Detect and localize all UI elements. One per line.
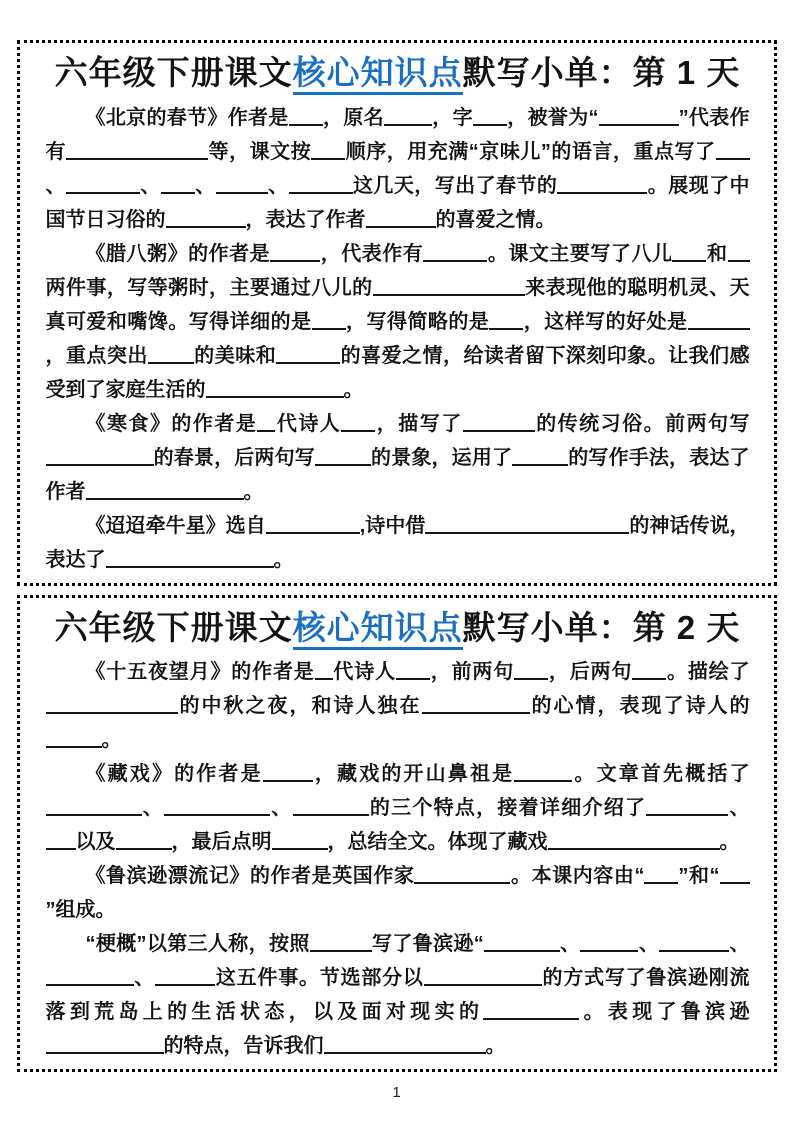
blank-field bbox=[720, 880, 750, 884]
title-highlight: 核心知识点 bbox=[293, 609, 463, 650]
title-prefix: 六年级下册课文 bbox=[55, 54, 293, 91]
blank-field bbox=[489, 326, 523, 330]
text-run: 等，课文按 bbox=[208, 141, 311, 163]
blank-field bbox=[341, 428, 375, 432]
text-run: 。文章首先概括了 bbox=[572, 763, 749, 785]
blank-field bbox=[514, 778, 572, 782]
title-suffix: 默写小单：第 1 天 bbox=[463, 54, 741, 91]
text-run: 。表现了鲁滨逊 bbox=[579, 1001, 749, 1023]
blank-field bbox=[266, 530, 360, 534]
text-run: 的喜爱之情。 bbox=[436, 209, 556, 231]
text-run: 写了鲁滨逊“ bbox=[372, 933, 484, 955]
blank-field bbox=[289, 122, 323, 126]
worksheet-box-day2: 六年级下册课文核心知识点默写小单：第 2 天 《十五夜望月》的作者是代诗人，前两… bbox=[17, 595, 777, 1073]
text-run: ，后两句 bbox=[548, 661, 632, 683]
text-run: 。 bbox=[274, 549, 294, 571]
text-run: 的传统习俗。前两句写 bbox=[535, 413, 750, 435]
blank-field bbox=[659, 948, 729, 952]
text-run: 、 bbox=[560, 933, 581, 955]
title-suffix: 默写小单：第 2 天 bbox=[463, 609, 741, 646]
text-run: 、 bbox=[268, 175, 289, 197]
blank-field bbox=[161, 190, 195, 194]
text-run: 《腊八粥》的作者是 bbox=[86, 243, 271, 265]
blank-field bbox=[46, 462, 154, 466]
blank-field bbox=[484, 948, 560, 952]
text-run: ，这样写的好处是 bbox=[523, 311, 687, 333]
blank-field bbox=[66, 190, 140, 194]
text-run: 的美味和 bbox=[194, 345, 276, 367]
text-run: ，最后点明 bbox=[172, 831, 272, 853]
blank-field bbox=[514, 676, 548, 680]
worksheet-box-day1: 六年级下册课文核心知识点默写小单：第 1 天 《北京的春节》作者是，原名，字，被… bbox=[17, 40, 777, 586]
blank-field bbox=[425, 530, 629, 534]
text-run: ，总结全文。体现了藏戏 bbox=[328, 831, 548, 853]
text-run: ,诗中借 bbox=[360, 515, 426, 537]
text-run: ”和“ bbox=[678, 865, 719, 887]
paragraph: 《十五夜望月》的作者是代诗人，前两句，后两句。描绘了的中秋之夜，和诗人独在的心情… bbox=[46, 655, 750, 757]
blank-field bbox=[473, 122, 507, 126]
text-run: ，原名 bbox=[323, 107, 384, 129]
blank-field bbox=[315, 462, 371, 466]
text-run: 的心情，表现了诗人的 bbox=[530, 695, 750, 717]
text-run: 以及 bbox=[76, 831, 116, 853]
text-run: 、 bbox=[46, 175, 66, 197]
blank-field bbox=[257, 428, 275, 432]
text-run: ，表达了作者 bbox=[246, 209, 366, 231]
text-run: 、 bbox=[638, 933, 659, 955]
text-run: 两件事，写等粥时，主要通过八儿的 bbox=[46, 277, 373, 299]
blank-field bbox=[46, 710, 178, 714]
blank-field bbox=[46, 744, 102, 748]
blank-field bbox=[646, 812, 728, 816]
blank-field bbox=[414, 880, 510, 884]
blank-field bbox=[206, 394, 344, 398]
blank-field bbox=[632, 676, 666, 680]
text-run: ，代表作有 bbox=[320, 243, 423, 265]
blank-field bbox=[548, 846, 720, 850]
paragraph: 《藏戏》的作者是，藏戏的开山鼻祖是。文章首先概括了、、的三个特点，接着详细介绍了… bbox=[46, 757, 750, 859]
text-run: 顺序，用充满“京味儿”的语言，重点写了 bbox=[345, 141, 715, 163]
blank-field bbox=[86, 496, 244, 500]
paragraph: 《迢迢牵牛星》选自,诗中借的神话传说，表达了。 bbox=[46, 509, 750, 577]
blank-field bbox=[728, 258, 750, 262]
text-run: 。描绘了 bbox=[666, 661, 749, 683]
text-run: 。本课内容由“ bbox=[510, 865, 644, 887]
text-run: 和 bbox=[706, 243, 727, 265]
text-run: 。 bbox=[244, 481, 264, 503]
blank-field bbox=[483, 1016, 579, 1020]
blank-field bbox=[463, 428, 535, 432]
blank-field bbox=[46, 982, 134, 986]
worksheet-title-day2: 六年级下册课文核心知识点默写小单：第 2 天 bbox=[46, 606, 750, 651]
blank-field bbox=[155, 982, 215, 986]
blank-field bbox=[272, 846, 328, 850]
text-run: 的景象，运用了 bbox=[371, 447, 512, 469]
text-run: ，重点突出 bbox=[46, 345, 148, 367]
paragraph: 《寒食》的作者是代诗人，描写了的传统习俗。前两句写的春景，后两句写的景象，运用了… bbox=[46, 407, 750, 509]
text-run: 、 bbox=[140, 175, 161, 197]
text-run: 的中秋之夜，和诗人独在 bbox=[178, 695, 422, 717]
blank-field bbox=[293, 812, 369, 816]
text-run: 。 bbox=[486, 1035, 506, 1057]
text-run: 、 bbox=[270, 797, 293, 819]
text-run: ，写得简略的是 bbox=[346, 311, 490, 333]
blank-field bbox=[116, 846, 172, 850]
paragraph: 《腊八粥》的作者是，代表作有。课文主要写了八儿和两件事，写等粥时，主要通过八儿的… bbox=[46, 237, 750, 407]
worksheet-body-day1: 《北京的春节》作者是，原名，字，被誉为“”代表作有等，课文按顺序，用充满“京味儿… bbox=[46, 101, 750, 577]
text-run: 这五件事。节选部分以 bbox=[215, 967, 424, 989]
blank-field bbox=[373, 292, 525, 296]
blank-field bbox=[166, 224, 246, 228]
text-run: 《北京的春节》作者是 bbox=[86, 107, 289, 129]
blank-field bbox=[599, 122, 679, 126]
text-run: 《十五夜望月》的作者是 bbox=[86, 661, 315, 683]
title-prefix: 六年级下册课文 bbox=[55, 609, 293, 646]
page-number: 1 bbox=[0, 1084, 793, 1101]
blank-field bbox=[324, 1050, 486, 1054]
text-run: ，描写了 bbox=[375, 413, 462, 435]
text-run: 《寒食》的作者是 bbox=[86, 413, 258, 435]
blank-field bbox=[557, 190, 647, 194]
text-run: 。课文主要写了八儿 bbox=[487, 243, 672, 265]
text-run: 代诗人 bbox=[333, 661, 396, 683]
text-run: ，藏戏的开山鼻祖是 bbox=[313, 763, 515, 785]
text-run: ，被誉为“ bbox=[507, 107, 599, 129]
blank-field bbox=[672, 258, 706, 262]
text-run: 的喜爱之情，给读者留下深刻印象。让我们感受到了家庭生活的 bbox=[46, 345, 750, 401]
text-run: 的特点，告诉我们 bbox=[164, 1035, 324, 1057]
text-run: “梗概”以第三人称，按照 bbox=[86, 933, 310, 955]
text-run: 、 bbox=[134, 967, 156, 989]
blank-field bbox=[263, 778, 313, 782]
blank-field bbox=[66, 156, 208, 160]
worksheet-title-day1: 六年级下册课文核心知识点默写小单：第 1 天 bbox=[46, 51, 750, 96]
text-run: 《藏戏》的作者是 bbox=[86, 763, 263, 785]
blank-field bbox=[276, 360, 340, 364]
blank-field bbox=[384, 122, 432, 126]
paragraph: “梗概”以第三人称，按照写了鲁滨逊“、、、、这五件事。节选部分以的方式写了鲁滨逊… bbox=[46, 927, 750, 1063]
blank-field bbox=[315, 676, 333, 680]
blank-field bbox=[422, 710, 530, 714]
blank-field bbox=[688, 326, 750, 330]
text-run: 《鲁滨逊漂流记》的作者是英国作家 bbox=[86, 865, 415, 887]
text-run: 的三个特点，接着详细介绍了 bbox=[369, 797, 647, 819]
blank-field bbox=[423, 258, 487, 262]
paragraph: 《鲁滨逊漂流记》的作者是英国作家。本课内容由“”和“”组成。 bbox=[46, 859, 750, 927]
blank-field bbox=[106, 564, 274, 568]
text-run: ”组成。 bbox=[46, 899, 116, 921]
title-highlight: 核心知识点 bbox=[293, 54, 463, 95]
blank-field bbox=[424, 982, 542, 986]
text-run: 、 bbox=[142, 797, 165, 819]
blank-field bbox=[289, 190, 353, 194]
blank-field bbox=[46, 846, 76, 850]
blank-field bbox=[46, 812, 142, 816]
text-run: 。 bbox=[102, 729, 122, 751]
blank-field bbox=[311, 156, 345, 160]
blank-field bbox=[580, 948, 638, 952]
blank-field bbox=[366, 224, 436, 228]
text-run: 代诗人 bbox=[275, 413, 341, 435]
blank-field bbox=[270, 258, 320, 262]
text-run: 。 bbox=[344, 379, 364, 401]
blank-field bbox=[312, 326, 346, 330]
text-run: 《迢迢牵牛星》选自 bbox=[86, 515, 266, 537]
text-run: 这几天，写出了春节的 bbox=[353, 175, 558, 197]
text-run: ，前两句 bbox=[430, 661, 514, 683]
text-run: 、 bbox=[728, 797, 749, 819]
paragraph: 《北京的春节》作者是，原名，字，被誉为“”代表作有等，课文按顺序，用充满“京味儿… bbox=[46, 101, 750, 237]
text-run: 、 bbox=[729, 933, 749, 955]
text-run: ，字 bbox=[432, 107, 473, 129]
blank-field bbox=[644, 880, 678, 884]
blank-field bbox=[164, 812, 270, 816]
text-run: 。 bbox=[720, 831, 740, 853]
blank-field bbox=[396, 676, 430, 680]
text-run: 、 bbox=[195, 175, 216, 197]
blank-field bbox=[512, 462, 568, 466]
worksheet-body-day2: 《十五夜望月》的作者是代诗人，前两句，后两句。描绘了的中秋之夜，和诗人独在的心情… bbox=[46, 655, 750, 1063]
blank-field bbox=[310, 948, 372, 952]
text-run: 的春景，后两句写 bbox=[154, 447, 315, 469]
blank-field bbox=[46, 1050, 164, 1054]
blank-field bbox=[216, 190, 268, 194]
blank-field bbox=[148, 360, 194, 364]
blank-field bbox=[716, 156, 750, 160]
worksheet-page: 六年级下册课文核心知识点默写小单：第 1 天 《北京的春节》作者是，原名，字，被… bbox=[0, 0, 793, 1122]
